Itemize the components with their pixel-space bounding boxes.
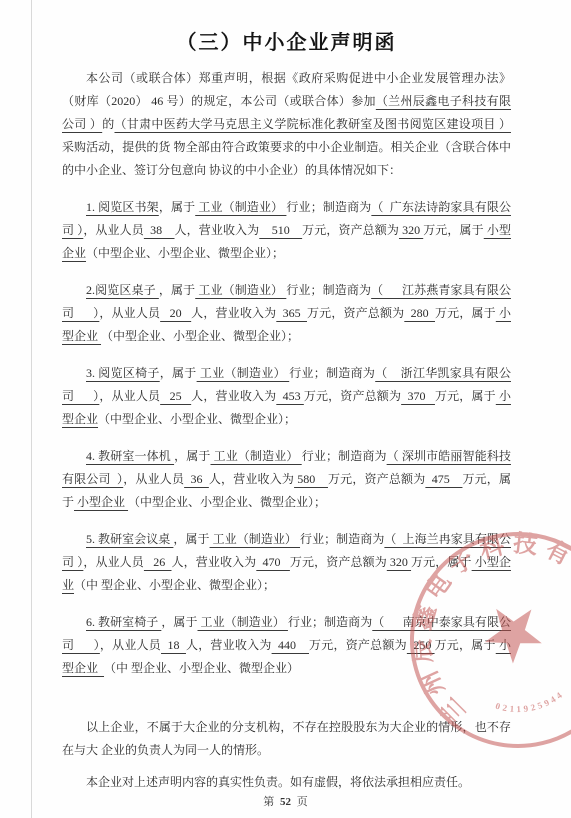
- text-run: 万元，资产总额为: [290, 555, 387, 569]
- paragraph-item-4: 4. 教研室一体机 ，属于 工业（制造业） 行业；制造商为（ 深圳市皓丽智能科技…: [62, 445, 511, 514]
- paragraph-item-3: 3. 阅览区椅子，属于 工业（制造业） 行业；制造商为（ 浙江华凯家具有限公司 …: [62, 362, 511, 431]
- text-run: （中型企业、小型企业、微型企业）；: [128, 495, 326, 509]
- blank-underlined: 工业（制造业）: [195, 283, 286, 297]
- text-run: 行业；制造商为: [286, 283, 371, 297]
- text-run: ，属于: [160, 366, 197, 380]
- text-run: ，从业人员: [99, 389, 160, 403]
- paragraph-item-5: 5. 教研室会议桌 ，属于 工业（制造业） 行业；制造商为（ 上海兰冉家具有限公…: [62, 528, 511, 597]
- text-run: 万元，资产总额为: [307, 306, 404, 320]
- text-run: ，从业人员: [83, 223, 144, 237]
- blank-underlined: 小型企业: [74, 495, 128, 509]
- footer-suffix: 页: [297, 796, 308, 808]
- text-run: （中型企业、小型企业、微型企业）；: [101, 329, 299, 343]
- text-run: ，从业人员: [100, 638, 161, 652]
- text-run: 行业；制造商为: [302, 449, 387, 463]
- text-run: ，属于: [173, 532, 209, 546]
- text-run: 本企业对上述声明内容的真实性负责。如有虚假，将依法承担相应责任。: [86, 775, 470, 789]
- blank-underlined: 工业（制造业）: [210, 532, 300, 546]
- text-run: 万元，属于: [435, 389, 496, 403]
- blank-underlined: 320: [399, 223, 423, 237]
- text-run: 万元，资产总额为: [304, 389, 401, 403]
- document-body: 本公司（或联合体）郑重声明，根据《政府采购促进中小企业发展管理办法》（财库（20…: [62, 67, 511, 794]
- text-run: 万元，资产总额为: [302, 223, 399, 237]
- text-run: 人，营业收入为: [172, 555, 257, 569]
- blank-underlined: 工业（制造业）: [195, 200, 286, 214]
- blank-underlined: 1. 阅览区书架: [86, 200, 159, 214]
- text-run: ，属于: [159, 283, 195, 297]
- blank-underlined: 工业（制造业）: [198, 615, 288, 629]
- text-run: ，从业人员: [83, 555, 144, 569]
- blank-underlined: （甘肃中医药大学马克思主义学院标准化教研室及图书阅览区建设项目 ）: [114, 117, 510, 131]
- paragraph-item-1: 1. 阅览区书架，属于 工业（制造业） 行业；制造商为（ 广东法诗韵家具有限公司…: [62, 196, 511, 265]
- text-run: ，属于: [159, 200, 195, 214]
- paragraph-item-6: 6. 教研室椅子 ，属于 工业（制造业） 行业；制造商为（ 南京中泰家具有限公司…: [62, 611, 511, 680]
- text-run: 采购活动，提供的货 物全部由符合政策要求的中小企业制造。相关企业（含联合体中的中…: [62, 140, 511, 177]
- blank-underlined: 475: [425, 472, 462, 486]
- blank-underlined: 250: [407, 638, 435, 652]
- text-run: 人，营业收入为: [191, 306, 276, 320]
- text-run: 人，营业收入为: [186, 638, 272, 652]
- text-run: 万元，属于: [435, 306, 496, 320]
- footer-prefix: 第: [263, 796, 274, 808]
- blank-underlined: 2.阅览区桌子: [86, 283, 159, 297]
- blank-underlined: 5. 教研室会议桌: [86, 532, 173, 546]
- text-run: 行业；制造商为: [286, 200, 371, 214]
- document-title: （三）中小企业声明函: [62, 26, 511, 55]
- blank-underlined: 18: [161, 638, 186, 652]
- page-number: 52: [277, 796, 294, 808]
- blank-underlined: 370: [401, 389, 435, 403]
- blank-underlined: 工业（制造业）: [210, 449, 301, 463]
- blank-underlined: 6. 教研室椅子: [86, 615, 161, 629]
- text-run: （中型企业、小型企业、微型企业）；: [98, 412, 296, 426]
- text-run: ，从业人员: [123, 472, 184, 486]
- text-run: 以上企业，不属于大企业的分支机构，不存在控股股东为大企业的情形，也不存在与大 企…: [62, 720, 511, 757]
- blank-underlined: 320: [387, 555, 411, 569]
- blank-underlined: 38: [144, 223, 175, 237]
- text-run: ，从业人员: [99, 306, 160, 320]
- text-run: 万元，资产总额为: [328, 472, 425, 486]
- paragraph-closing-1: 以上企业，不属于大企业的分支机构，不存在控股股东为大企业的情形，也不存在与大 企…: [62, 716, 511, 762]
- text-run: 人，营业收入为: [209, 472, 294, 486]
- paragraph-intro: 本公司（或联合体）郑重声明，根据《政府采购促进中小企业发展管理办法》（财库（20…: [62, 67, 511, 182]
- blank-underlined: 580: [294, 472, 328, 486]
- text-run: 行业；制造商为: [300, 532, 384, 546]
- blank-underlined: 25: [160, 389, 191, 403]
- text-run: （中 型企业、小型企业、微型企业）；: [74, 578, 275, 592]
- text-run: （中 型企业、小型企业、微型企业）: [104, 661, 299, 675]
- blank-underlined: 470: [256, 555, 290, 569]
- blank-underlined: 4. 教研室一体机: [86, 449, 174, 463]
- text-run: 万元，属于: [423, 223, 484, 237]
- text-run: 的: [102, 117, 114, 131]
- text-run: ，属于: [161, 615, 197, 629]
- blank-underlined: 440: [272, 638, 309, 652]
- text-run: 行业；制造商为: [289, 366, 375, 380]
- text-run: （中型企业、小型企业、微型企业）；: [86, 246, 284, 260]
- text-run: 人，营业收入为: [191, 389, 276, 403]
- paragraph-closing-2: 本企业对上述声明内容的真实性负责。如有虚假，将依法承担相应责任。: [62, 771, 511, 794]
- blank-underlined: 工业（制造业）: [197, 366, 290, 380]
- document-page: （三）中小企业声明函 本公司（或联合体）郑重声明，根据《政府采购促进中小企业发展…: [0, 0, 571, 818]
- text-run: 人，营业收入为: [175, 223, 260, 237]
- blank-underlined: 20: [160, 306, 191, 320]
- blank-underlined: 365: [276, 306, 307, 320]
- page-footer: 第 52 页: [0, 793, 571, 809]
- blank-underlined: 453: [276, 389, 304, 403]
- blank-underlined: 3. 阅览区椅子: [86, 366, 160, 380]
- blank-underlined: 280: [404, 306, 435, 320]
- blank-underlined: 510: [259, 223, 302, 237]
- blank-underlined: 36: [184, 472, 209, 486]
- text-run: 万元，属于: [411, 555, 472, 569]
- paragraph-item-2: 2.阅览区桌子 ，属于 工业（制造业） 行业；制造商为（ 江苏燕青家具有限公司 …: [62, 279, 511, 348]
- text-run: ，属于: [174, 449, 210, 463]
- text-run: 万元，资产总额为: [309, 638, 407, 652]
- text-run: 万元，属于: [435, 638, 496, 652]
- blank-underlined: 26: [144, 555, 172, 569]
- text-run: 行业；制造商为: [288, 615, 372, 629]
- document-content: （三）中小企业声明函 本公司（或联合体）郑重声明，根据《政府采购促进中小企业发展…: [0, 0, 571, 794]
